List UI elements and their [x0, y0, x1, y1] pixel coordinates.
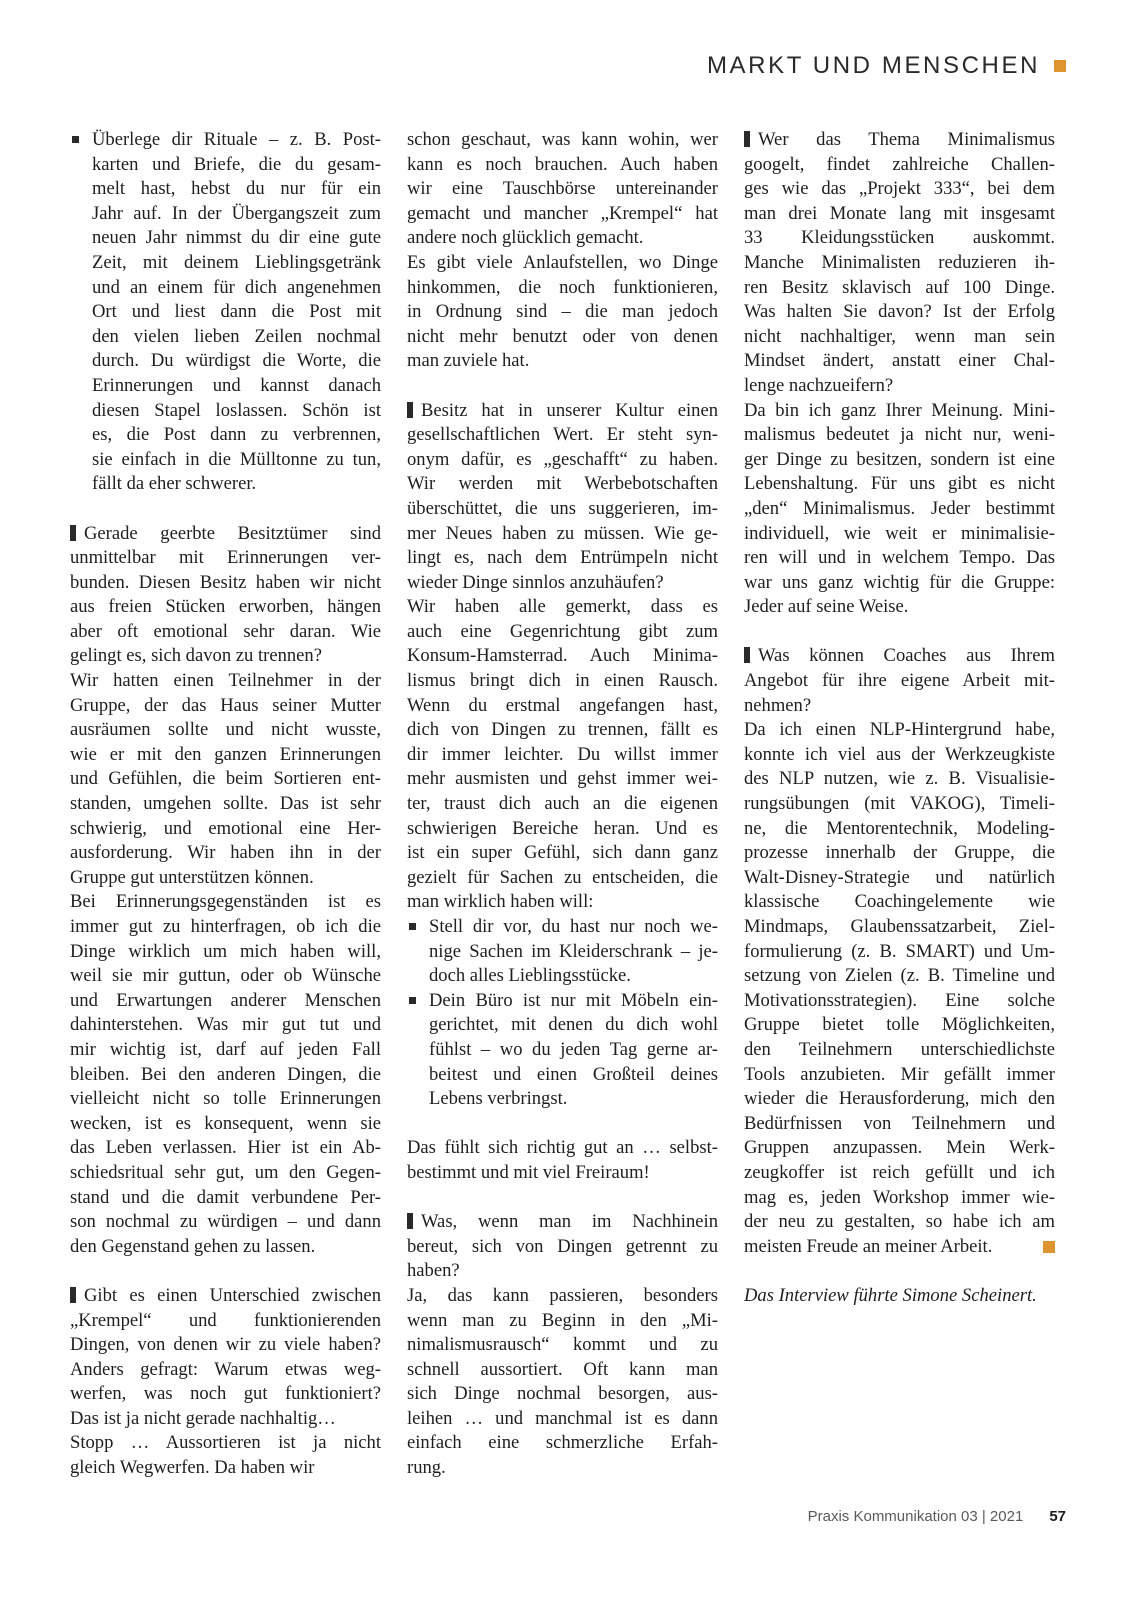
text-line: individuell, wie weit er minimalisie-: [744, 522, 1055, 547]
text-line: man wirklich haben will:: [407, 890, 718, 915]
text-line: den Teilnehmern unterschiedlichste: [744, 1038, 1055, 1063]
text-line: Was halten Sie davon? Ist der Erfolg: [744, 300, 1055, 325]
answer-paragraph: Stopp … Aussortieren ist ja nichtgleich …: [70, 1431, 381, 1480]
text-line: Stell dir vor, du hast nur noch we-: [407, 915, 718, 940]
text-line: werfen, was noch gut funktioniert?: [70, 1382, 381, 1407]
column-1: Überlege dir Rituale – z. B. Post-karten…: [70, 128, 381, 1481]
text-line: Gruppen anzupassen. Mein Werk-: [744, 1136, 1055, 1161]
text-line: Das fühlt sich richtig gut an … selbst-: [407, 1136, 718, 1161]
text-line: neuen Jahr nimmst du dir eine gute: [70, 226, 381, 251]
paragraph-gap: [70, 1259, 381, 1284]
text-line: lenge nachzueifern?: [744, 374, 1055, 399]
answer-paragraph: Bei Erinnerungsgegenständen ist esimmer …: [70, 890, 381, 1259]
answer-paragraph: Wir haben alle gemerkt, dass esauch eine…: [407, 595, 718, 915]
bullet-square-icon: [72, 136, 79, 143]
text-line: sie einfach in die Mülltonne zu tun,: [70, 448, 381, 473]
question-marker-icon: [407, 402, 413, 418]
text-line: „den“ Minimalismus. Jeder bestimmt: [744, 497, 1055, 522]
text-line: andere noch glücklich gemacht.: [407, 226, 718, 251]
text-line: bereut, sich von Dingen getrennt zu: [407, 1235, 718, 1260]
paragraph-gap: [744, 1259, 1055, 1284]
text-line: wie er mit den ganzen Erinnerungen: [70, 743, 381, 768]
text-line: formulierung (z. B. SMART) und Um-: [744, 940, 1055, 965]
text-line: karten und Briefe, die du gesam-: [70, 153, 381, 178]
paragraph-gap: [407, 1186, 718, 1211]
text-line: Mindmaps, Glaubenssatzarbeit, Ziel-: [744, 915, 1055, 940]
text-line: haben?: [407, 1259, 718, 1284]
text-line: Ja, das kann passieren, besonders: [407, 1284, 718, 1309]
text-line: schiedsritual sehr gut, um den Gegen-: [70, 1161, 381, 1186]
answer-paragraph: Das fühlt sich richtig gut an … selbst-b…: [407, 1136, 718, 1185]
text-line: ne, die Mentorentechnik, Modeling-: [744, 817, 1055, 842]
text-line: Das Interview führte Simone Scheinert.: [744, 1284, 1055, 1309]
bullet-square-icon: [409, 997, 416, 1004]
text-line: aus freien Stücken erworben, hängen: [70, 595, 381, 620]
text-line: Das ist ja nicht gerade nachhaltig…: [70, 1407, 381, 1432]
text-line: Mindset ändert, anstatt einer Chal-: [744, 349, 1055, 374]
text-line: Angebot für ihre eigene Arbeit mit-: [744, 669, 1055, 694]
text-line: war uns ganz wichtig für die Gruppe:: [744, 571, 1055, 596]
text-line: Stopp … Aussortieren ist ja nicht: [70, 1431, 381, 1456]
text-line: dich von Dingen zu trennen, fällt es: [407, 718, 718, 743]
answer-paragraph: Da ich einen NLP-Hintergrund habe,konnte…: [744, 718, 1055, 1259]
text-line: prozesse innerhalb der Gruppe, die: [744, 841, 1055, 866]
paragraph-gap: [70, 497, 381, 522]
text-line: doch alles Lieblingsstücke.: [407, 964, 718, 989]
text-line: hinkommen, die noch funktionieren,: [407, 276, 718, 301]
text-line: in Ordnung sind – die man jedoch: [407, 300, 718, 325]
text-line: es, die Post dann zu verbrennen,: [70, 423, 381, 448]
text-line: melt hast, hebst du nur für ein: [70, 177, 381, 202]
text-line: rungsübungen (mit VAKOG), Timeli-: [744, 792, 1055, 817]
interview-credit: Das Interview führte Simone Scheinert.: [744, 1284, 1055, 1309]
text-line: wir eine Tauschbörse untereinander: [407, 177, 718, 202]
answer-paragraph: Ja, das kann passieren, besonderswenn ma…: [407, 1284, 718, 1481]
text-line: nicht mehr benutzt oder von denen: [407, 325, 718, 350]
text-line: Wir hatten einen Teilnehmer in der: [70, 669, 381, 694]
text-line: Da ich einen NLP-Hintergrund habe,: [744, 718, 1055, 743]
text-line: das Leben verlassen. Hier ist ein Ab-: [70, 1136, 381, 1161]
text-line: zeugkoffer ist reich gefüllt und ich: [744, 1161, 1055, 1186]
text-line: Bei Erinnerungsgegenständen ist es: [70, 890, 381, 915]
text-line: einfach eine schmerzliche Erfah-: [407, 1431, 718, 1456]
column-2: schon geschaut, was kann wohin, werkann …: [407, 128, 718, 1481]
text-line: wenn man zu Beginn in den „Mi-: [407, 1309, 718, 1334]
interview-question: Was, wenn man im Nachhineinbereut, sich …: [407, 1210, 718, 1284]
text-line: Dinge wirklich um mich haben will,: [70, 940, 381, 965]
question-marker-icon: [407, 1213, 413, 1229]
text-line: der neu zu gestalten, so habe ich am: [744, 1210, 1055, 1235]
text-line: nehmen?: [744, 694, 1055, 719]
text-line: standen, umgehen sollte. Das ist sehr: [70, 792, 381, 817]
text-line: man zuviele hat.: [407, 349, 718, 374]
question-marker-icon: [70, 525, 76, 541]
text-line: schnell aussortiert. Oft kann man: [407, 1358, 718, 1383]
text-line: ges wie das „Projekt 333“, bei dem: [744, 177, 1055, 202]
text-line: schwierig, und emotional eine Her-: [70, 817, 381, 842]
text-line: Gruppe bietet tolle Möglichkeiten,: [744, 1013, 1055, 1038]
text-line: Walt-Disney-Strategie und natürlich: [744, 866, 1055, 891]
text-line: 33 Kleidungsstücken auskommt.: [744, 226, 1055, 251]
text-line: Gerade geerbte Besitztümer sind: [70, 522, 381, 547]
interview-question: Wer das Thema Minimalismusgoogelt, finde…: [744, 128, 1055, 399]
text-line: Was können Coaches aus Ihrem: [744, 644, 1055, 669]
text-line: Anders gefragt: Warum etwas weg-: [70, 1358, 381, 1383]
bullet-item: Stell dir vor, du hast nur noch we-nige …: [407, 915, 718, 989]
interview-question: Besitz hat in unserer Kultur einengesell…: [407, 399, 718, 596]
text-line: den Gegenstand gehen zu lassen.: [70, 1235, 381, 1260]
page-number: 57: [1049, 1508, 1066, 1525]
text-line: mehr ausmisten und gehst immer wei-: [407, 767, 718, 792]
text-line: son nochmal zu würdigen – und dann: [70, 1210, 381, 1235]
text-line: Bedürfnissen von Teilnehmern und: [744, 1112, 1055, 1137]
text-line: Zeit, mit deinem Lieblingsgetränk: [70, 251, 381, 276]
paragraph-gap: [407, 1112, 718, 1137]
text-line: nicht nachhaltiger, wenn man sein: [744, 325, 1055, 350]
text-line: malismus bedeutet ja nicht nur, weni-: [744, 423, 1055, 448]
text-line: meisten Freude an meiner Arbeit.: [744, 1235, 1055, 1260]
text-line: stand und die damit verbundene Per-: [70, 1186, 381, 1211]
text-line: Was, wenn man im Nachhinein: [407, 1210, 718, 1235]
answer-paragraph: Da bin ich ganz Ihrer Meinung. Mini-mali…: [744, 399, 1055, 620]
text-line: Besitz hat in unserer Kultur einen: [407, 399, 718, 424]
text-line: ren will und in welchem Tempo. Das: [744, 546, 1055, 571]
text-line: schwierigen Bereiche heran. Und es: [407, 817, 718, 842]
text-line: wieder die Herausforderung, mich den: [744, 1087, 1055, 1112]
text-line: gerichtet, mit denen du dich wohl: [407, 1013, 718, 1038]
paragraph-gap: [744, 620, 1055, 645]
text-line: Wir werden mit Werbebotschaften: [407, 472, 718, 497]
text-line: bestimmt und mit viel Freiraum!: [407, 1161, 718, 1186]
text-line: lingt es, nach dem Entrümpeln nicht: [407, 546, 718, 571]
text-line: ren Besitz sklavisch auf 100 Dinge.: [744, 276, 1055, 301]
text-line: fühlst – wo du jeden Tag gerne ar-: [407, 1038, 718, 1063]
text-line: durch. Du würdigst die Worte, die: [70, 349, 381, 374]
bullet-item: Dein Büro ist nur mit Möbeln ein-gericht…: [407, 989, 718, 1112]
text-line: und Gefühlen, die beim Sortieren ent-: [70, 767, 381, 792]
text-line: Lebens verbringst.: [407, 1087, 718, 1112]
text-line: Wir haben alle gemerkt, dass es: [407, 595, 718, 620]
text-line: gleich Wegwerfen. Da haben wir: [70, 1456, 381, 1481]
text-line: Gruppe, der das Haus seiner Mutter: [70, 694, 381, 719]
answer-paragraph: schon geschaut, was kann wohin, werkann …: [407, 128, 718, 251]
text-line: Jeder auf seine Weise.: [744, 595, 1055, 620]
text-line: diesen Stapel loslassen. Schön ist: [70, 399, 381, 424]
paragraph-gap: [407, 374, 718, 399]
text-line: mer Neues haben zu müssen. Wie ge-: [407, 522, 718, 547]
accent-square-icon: [1054, 60, 1066, 72]
text-line: nimalismusrausch“ kommt und zu: [407, 1333, 718, 1358]
answer-paragraph: Es gibt viele Anlaufstellen, wo Dingehin…: [407, 251, 718, 374]
text-line: gelingt es, sich davon zu trennen?: [70, 644, 381, 669]
text-line: ist ein super Gefühl, sich dann ganz: [407, 841, 718, 866]
section-title: MARKT UND MENSCHEN: [707, 52, 1040, 80]
text-line: Konsum-Hamsterrad. Auch Minima-: [407, 644, 718, 669]
bullet-item: Überlege dir Rituale – z. B. Post-karten…: [70, 128, 381, 497]
text-line: bunden. Diesen Besitz haben wir nicht: [70, 571, 381, 596]
text-line: onym dafür, es „geschafft“ zu haben.: [407, 448, 718, 473]
interview-question: Gibt es einen Unterschied zwischen„Kremp…: [70, 1284, 381, 1432]
text-line: nige Sachen im Kleiderschrank – je-: [407, 940, 718, 965]
text-line: immer gut zu hinterfragen, ob ich die: [70, 915, 381, 940]
text-line: leihen … und manchmal ist es dann: [407, 1407, 718, 1432]
page-footer: Praxis Kommunikation 03 | 2021 57: [808, 1508, 1066, 1525]
question-marker-icon: [70, 1287, 76, 1303]
text-line: und an einem für dich angenehmen: [70, 276, 381, 301]
text-line: dahinterstehen. Was mir gut tut und: [70, 1013, 381, 1038]
text-line: beitest und einen Großteil deines: [407, 1063, 718, 1088]
answer-paragraph: Wir hatten einen Teilnehmer in derGruppe…: [70, 669, 381, 890]
text-line: vielleicht nicht so tolle Erinnerungen: [70, 1087, 381, 1112]
text-line: man drei Monate lang mit insgesamt: [744, 202, 1055, 227]
text-line: ausforderung. Wir haben ihn in der: [70, 841, 381, 866]
text-line: Ort und liest dann die Post mit: [70, 300, 381, 325]
text-line: Es gibt viele Anlaufstellen, wo Dinge: [407, 251, 718, 276]
bullet-square-icon: [409, 923, 416, 930]
text-line: gezielt für Sachen zu entscheiden, die: [407, 866, 718, 891]
text-line: überschüttet, die uns suggerieren, im-: [407, 497, 718, 522]
column-3: Wer das Thema Minimalismusgoogelt, finde…: [744, 128, 1055, 1309]
text-line: lismus bringt dich in einen Rausch.: [407, 669, 718, 694]
text-line: Wer das Thema Minimalismus: [744, 128, 1055, 153]
publication-name: Praxis Kommunikation 03 | 2021: [808, 1508, 1024, 1525]
text-line: „Krempel“ und funktionierenden: [70, 1309, 381, 1334]
question-marker-icon: [744, 647, 750, 663]
text-line: Da bin ich ganz Ihrer Meinung. Mini-: [744, 399, 1055, 424]
text-line: mir wichtig ist, darf auf jeden Fall: [70, 1038, 381, 1063]
text-line: Lebenshaltung. Für uns gibt es nicht: [744, 472, 1055, 497]
text-line: Dein Büro ist nur mit Möbeln ein-: [407, 989, 718, 1014]
text-line: auch eine Gegenrichtung gibt zum: [407, 620, 718, 645]
text-line: schon geschaut, was kann wohin, wer: [407, 128, 718, 153]
page-header: MARKT UND MENSCHEN: [707, 52, 1066, 80]
text-line: setzung von Zielen (z. B. Timeline und: [744, 964, 1055, 989]
text-line: und Erwartungen anderer Menschen: [70, 989, 381, 1014]
text-line: Motivationsstrategien). Eine solche: [744, 989, 1055, 1014]
text-line: wecken, ist es konsequent, wenn sie: [70, 1112, 381, 1137]
interview-question: Gerade geerbte Besitztümer sindunmittelb…: [70, 522, 381, 670]
text-line: Erinnerungen und kannst danach: [70, 374, 381, 399]
text-line: ger Dinge zu besitzen, sondern ist eine: [744, 448, 1055, 473]
text-line: unmittelbar mit Erinnerungen ver-: [70, 546, 381, 571]
text-line: Gibt es einen Unterschied zwischen: [70, 1284, 381, 1309]
text-line: Tools anzubieten. Mir gefällt immer: [744, 1063, 1055, 1088]
text-line: Gruppe gut unterstützen können.: [70, 866, 381, 891]
text-line: den vielen lieben Zeilen nochmal: [70, 325, 381, 350]
text-line: gemacht und mancher „Krempel“ hat: [407, 202, 718, 227]
text-line: Dingen, von denen wir zu viele haben?: [70, 1333, 381, 1358]
text-line: klassische Coachingelemente wie: [744, 890, 1055, 915]
text-line: fällt da eher schwerer.: [70, 472, 381, 497]
text-line: des NLP nutzen, wie z. B. Visualisie-: [744, 767, 1055, 792]
text-line: sich Dinge nochmal besorgen, aus-: [407, 1382, 718, 1407]
text-line: gesellschaftlichen Wert. Er steht syn-: [407, 423, 718, 448]
text-line: Manche Minimalisten reduzieren ih-: [744, 251, 1055, 276]
text-line: kann es noch brauchen. Auch haben: [407, 153, 718, 178]
magazine-page: MARKT UND MENSCHEN Überlege dir Rituale …: [0, 0, 1122, 1598]
text-line: aber oft emotional sehr daran. Wie: [70, 620, 381, 645]
text-line: googelt, findet zahlreiche Challen-: [744, 153, 1055, 178]
end-of-article-square-icon: [1043, 1241, 1055, 1253]
interview-question: Was können Coaches aus IhremAngebot für …: [744, 644, 1055, 718]
text-line: bleiben. Bei den anderen Dingen, die: [70, 1063, 381, 1088]
text-line: konnte ich viel aus der Werkzeugkiste: [744, 743, 1055, 768]
text-line: mag es, jeden Workshop immer wie-: [744, 1186, 1055, 1211]
text-line: rung.: [407, 1456, 718, 1481]
text-line: wieder Dinge sinnlos anzuhäufen?: [407, 571, 718, 596]
text-line: dir immer leichter. Du willst immer: [407, 743, 718, 768]
text-line: Überlege dir Rituale – z. B. Post-: [70, 128, 381, 153]
question-marker-icon: [744, 131, 750, 147]
text-line: ter, traust dich auch an die eigenen: [407, 792, 718, 817]
text-line: Jahr auf. In der Übergangszeit zum: [70, 202, 381, 227]
text-line: weil sie mir guttun, oder ob Wünsche: [70, 964, 381, 989]
text-line: ausräumen sollte und nicht wusste,: [70, 718, 381, 743]
text-line: Wenn du erstmal angefangen hast,: [407, 694, 718, 719]
